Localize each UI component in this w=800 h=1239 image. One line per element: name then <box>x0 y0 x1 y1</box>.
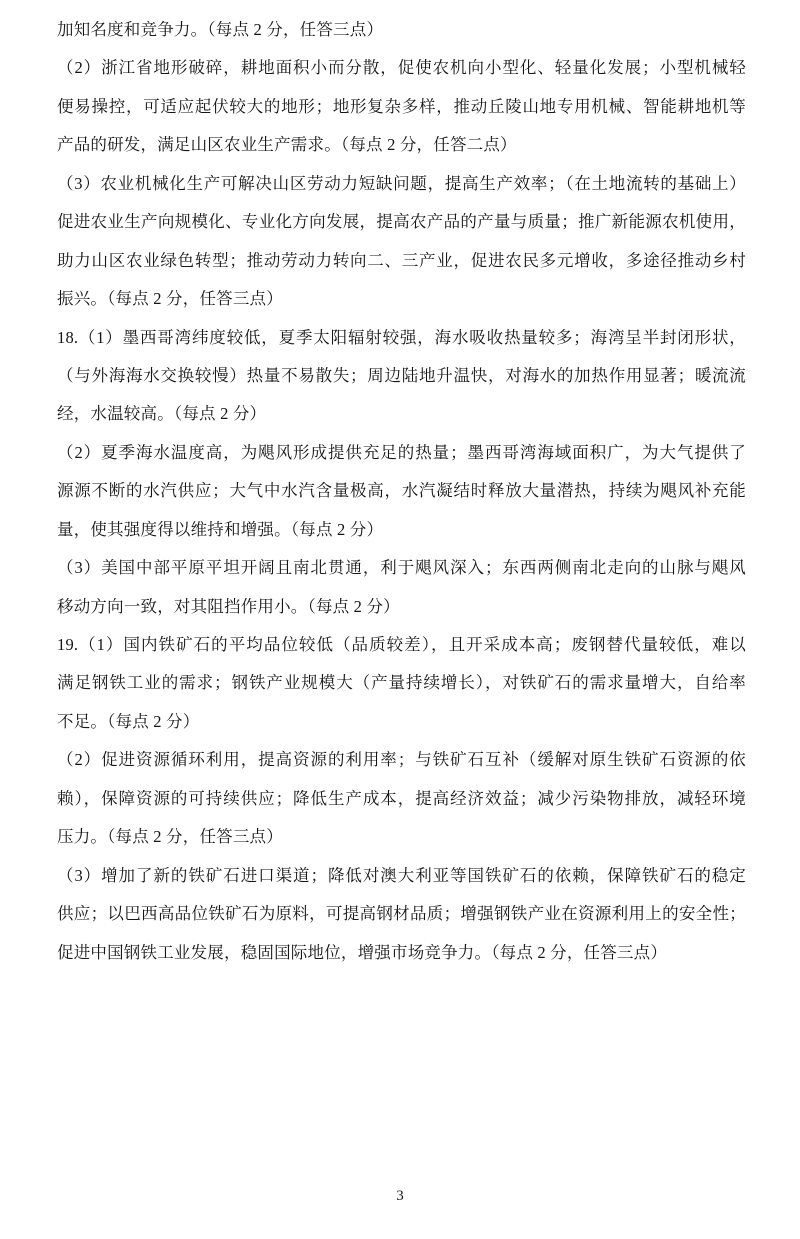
document-page: 加知名度和竞争力。（每点 2 分，任答三点）（2）浙江省地形破碎，耕地面积小而分… <box>0 0 800 1239</box>
text-line: 供应；以巴西高品位铁矿石为原料，可提高钢材品质；增强钢铁产业在资源利用上的安全性… <box>57 895 746 933</box>
text-line: 加知名度和竞争力。（每点 2 分，任答三点） <box>57 11 746 49</box>
text-line: 移动方向一致，对其阻挡作用小。（每点 2 分） <box>57 588 746 626</box>
text-line: 经，水温较高。（每点 2 分） <box>57 395 746 433</box>
text-line: （3）增加了新的铁矿石进口渠道；降低对澳大利亚等国铁矿石的依赖，保障铁矿石的稳定 <box>57 857 746 895</box>
text-line: （3）美国中部平原平坦开阔且南北贯通，利于飓风深入；东西两侧南北走向的山脉与飓风 <box>57 549 746 587</box>
text-line: 18.（1）墨西哥湾纬度较低，夏季太阳辐射较强，海水吸收热量较多；海湾呈半封闭形… <box>57 319 746 357</box>
text-line: 产品的研发，满足山区农业生产需求。（每点 2 分，任答二点） <box>57 126 746 164</box>
text-line: （与外海海水交换较慢）热量不易散失；周边陆地升温快，对海水的加热作用显著；暖流流 <box>57 357 746 395</box>
text-block: 加知名度和竞争力。（每点 2 分，任答三点）（2）浙江省地形破碎，耕地面积小而分… <box>57 11 746 972</box>
text-line: 量，使其强度得以维持和增强。（每点 2 分） <box>57 511 746 549</box>
text-line: （3）农业机械化生产可解决山区劳动力短缺问题，提高生产效率；（在土地流转的基础上… <box>57 165 746 203</box>
text-line: 振兴。（每点 2 分，任答三点） <box>57 280 746 318</box>
text-line: 促进中国钢铁工业发展，稳固国际地位，增强市场竞争力。（每点 2 分，任答三点） <box>57 934 746 972</box>
text-line: （2）夏季海水温度高，为飓风形成提供充足的热量；墨西哥湾海域面积广，为大气提供了 <box>57 434 746 472</box>
text-line: 便易操控，可适应起伏较大的地形；地形复杂多样，推动丘陵山地专用机械、智能耕地机等 <box>57 88 746 126</box>
text-line: 源源不断的水汽供应；大气中水汽含量极高，水汽凝结时释放大量潜热，持续为飓风补充能 <box>57 472 746 510</box>
page-number: 3 <box>0 1186 800 1206</box>
text-line: （2）浙江省地形破碎，耕地面积小而分散，促使农机向小型化、轻量化发展；小型机械轻 <box>57 49 746 87</box>
text-line: 助力山区农业绿色转型；推动劳动力转向二、三产业，促进农民多元增收，多途径推动乡村 <box>57 242 746 280</box>
text-line: （2）促进资源循环利用，提高资源的利用率；与铁矿石互补（缓解对原生铁矿石资源的依 <box>57 741 746 779</box>
text-line: 19.（1）国内铁矿石的平均品位较低（品质较差），且开采成本高；废钢替代量较低，… <box>57 626 746 664</box>
text-line: 赖），保障资源的可持续供应；降低生产成本，提高经济效益；减少污染物排放，减轻环境 <box>57 780 746 818</box>
text-line: 促进农业生产向规模化、专业化方向发展，提高农产品的产量与质量；推广新能源农机使用… <box>57 203 746 241</box>
text-line: 满足钢铁工业的需求；钢铁产业规模大（产量持续增长），对铁矿石的需求量增大，自给率 <box>57 664 746 702</box>
text-line: 压力。（每点 2 分，任答三点） <box>57 818 746 856</box>
text-line: 不足。（每点 2 分） <box>57 703 746 741</box>
